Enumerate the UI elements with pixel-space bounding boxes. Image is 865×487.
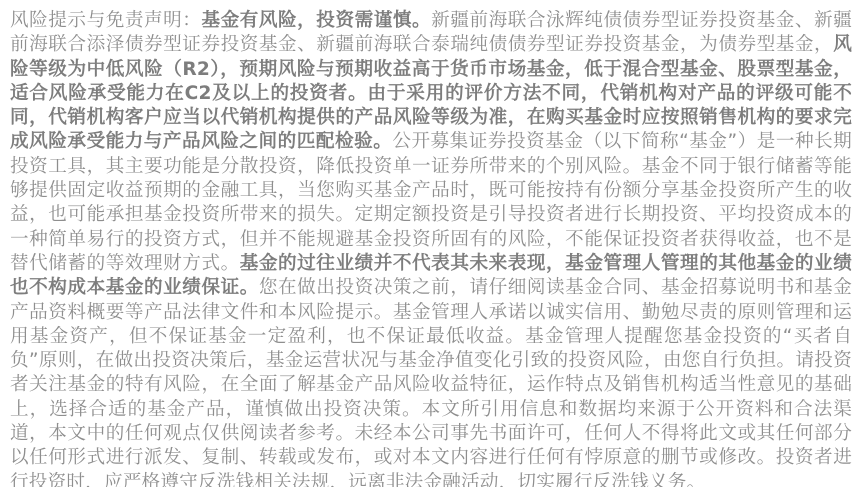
disclaimer-heading: 风险提示与免责声明： <box>10 10 201 31</box>
risk-warning-bold: 基金有风险，投资需谨慎。 <box>201 10 431 31</box>
investor-notice-text: 您在做出投资决策之前，请仔细阅读基金合同、基金招募说明书和基金产品资料概要等产品… <box>10 277 852 487</box>
risk-disclaimer-paragraph: 风险提示与免责声明：基金有风险，投资需谨慎。新疆前海联合泳辉纯债债券型证券投资基… <box>10 9 852 487</box>
